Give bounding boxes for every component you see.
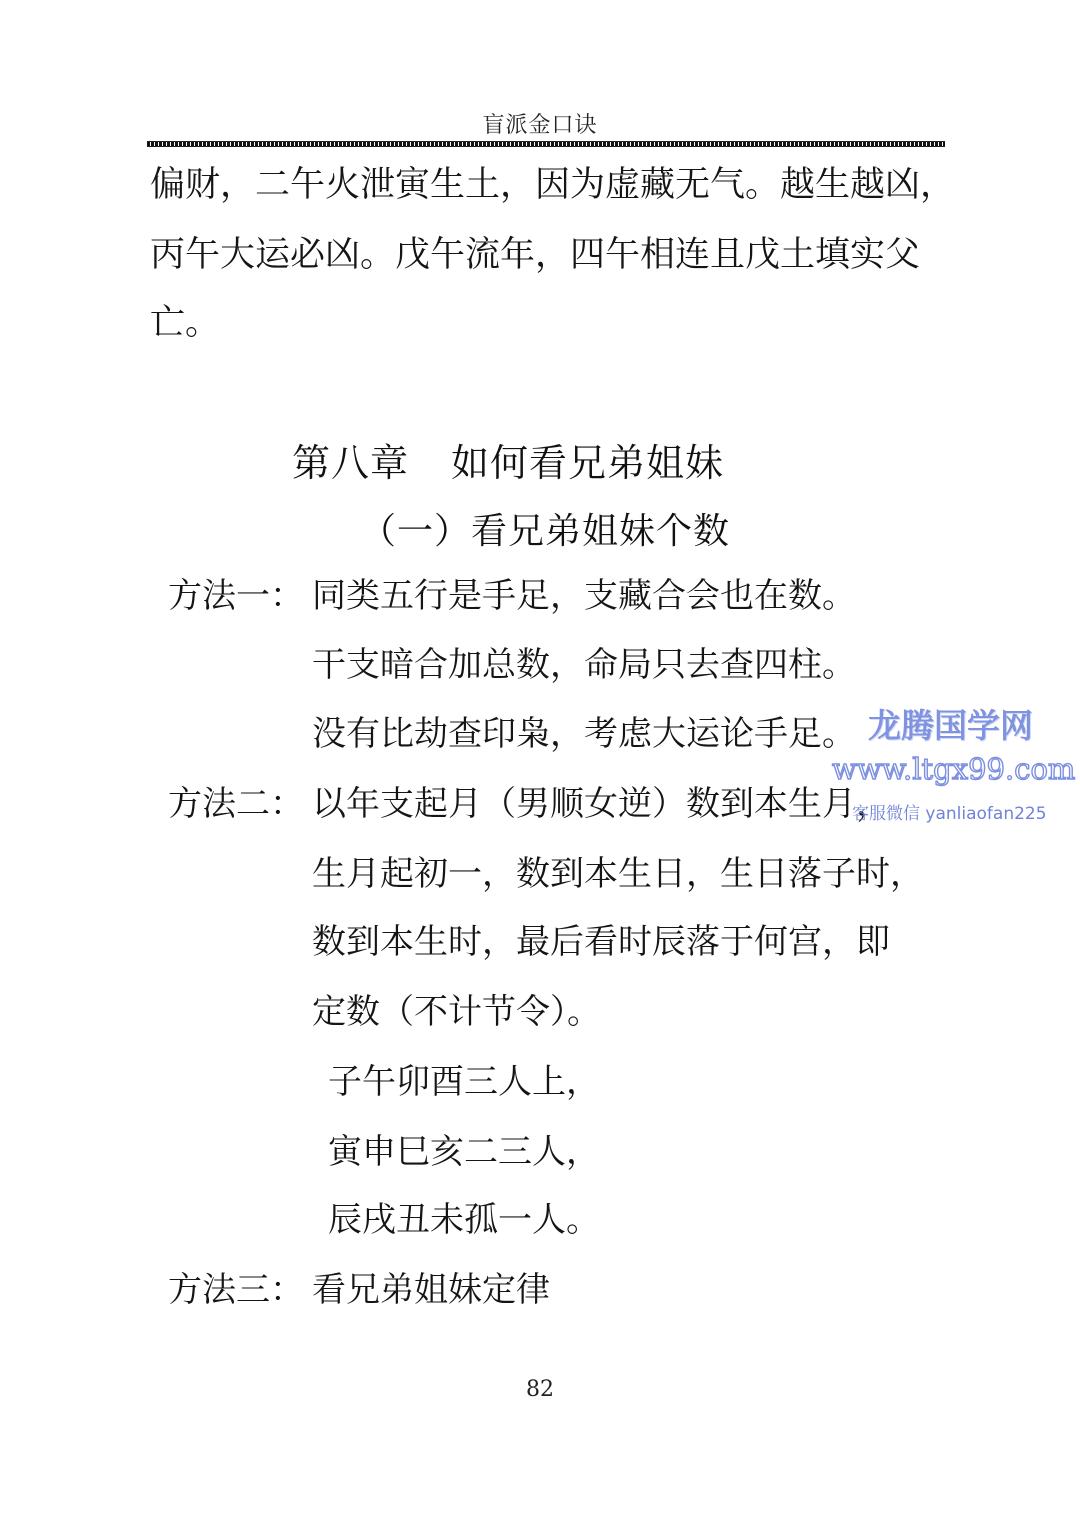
- running-header: 盲派金口诀: [0, 108, 1080, 139]
- watermark-url: www.ltgx99.com: [832, 752, 1075, 786]
- watermark-contact: 客服微信 yanliaofan225: [852, 799, 1047, 824]
- method-label: 方法一：: [168, 576, 304, 616]
- chapter-heading: 第八章如何看兄弟姐妹: [292, 432, 724, 487]
- section-heading: （一）看兄弟姐妹个数: [360, 503, 730, 554]
- method-line: 干支暗合加总数，命局只去查四柱。: [312, 645, 856, 685]
- chapter-number: 第八章: [292, 441, 409, 485]
- method-line: 数到本生时，最后看时辰落于何宫，即: [312, 922, 890, 962]
- verse-line: 子午卯酉三人上，: [328, 1062, 600, 1102]
- method-line: 同类五行是手足，支藏合会也在数。: [312, 576, 856, 616]
- method-line: 定数（不计节令）。: [312, 992, 601, 1032]
- method-line: 看兄弟姐妹定律: [312, 1270, 550, 1310]
- paragraph-line: 亡。: [150, 303, 220, 343]
- method-label: 方法二：: [168, 784, 304, 824]
- verse-line: 寅申巳亥二三人，: [328, 1132, 600, 1172]
- method-label: 方法三：: [168, 1270, 304, 1310]
- paragraph-line: 偏财，二午火泄寅生土，因为虚藏无气。越生越凶，: [150, 165, 955, 205]
- paragraph-line: 丙午大运必凶。戊午流年，四午相连且戊土填实父: [150, 235, 920, 275]
- chapter-title: 如何看兄弟姐妹: [451, 441, 724, 485]
- method-line: 生月起初一，数到本生日，生日落子时，: [312, 854, 924, 894]
- method-line: 没有比劫查印枭，考虑大运论手足。: [312, 714, 856, 754]
- header-rule-divider: [147, 141, 945, 147]
- verse-line: 辰戌丑未孤一人。: [328, 1200, 600, 1240]
- method-line: 以年支起月（男顺女逆）数到本生月，: [312, 784, 890, 824]
- watermark-site-name: 龙腾国学网: [868, 700, 1033, 747]
- page-number: 82: [0, 1377, 1080, 1402]
